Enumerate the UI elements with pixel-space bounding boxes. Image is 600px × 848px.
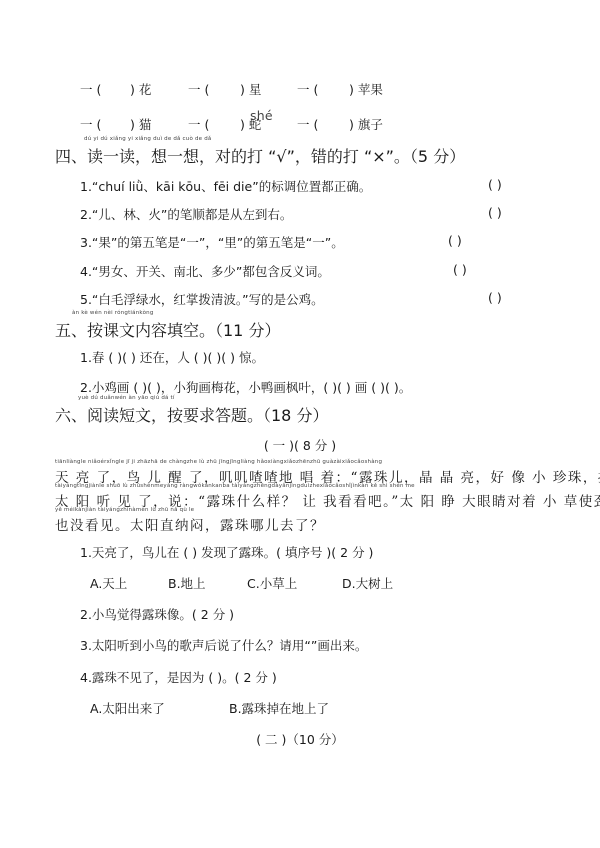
question-3: 3.太阳听到小鸟的歌声后说了什么？请用“”画出来。 <box>80 636 367 654</box>
section-5-title: 五、按课文内容填空。（11 分） <box>55 318 280 341</box>
mw-prefix: 一 ( <box>297 115 318 133</box>
option-b[interactable]: B.地上 <box>168 574 206 592</box>
s4-item-2: 2.“儿、林、火”的笔顺都是从左到右。 <box>80 205 292 223</box>
s4-answer-3[interactable]: ( ) <box>448 233 462 248</box>
passage-line-3: 也没看见。太阳直纳闷，露珠哪儿去了？ <box>55 514 325 534</box>
mw-suffix: ) 旗子 <box>349 115 383 133</box>
section-4-title: 四、读一读，想一想，对的打 “√”，错的打 “×”。（5 分） <box>55 144 465 167</box>
question-4: 4.露珠不见了，是因为 ( )。( 2 分 ) <box>80 668 277 686</box>
part-1-title: ( 一 )( 8 分 ) <box>0 436 600 454</box>
s4-item-5: 5.“白毛浮绿水，红掌拨清波。”写的是公鸡。 <box>80 290 324 308</box>
option-a[interactable]: A.太阳出来了 <box>90 699 165 717</box>
mw-suffix: ) 蛇 <box>240 115 261 133</box>
s4-item-4: 4.“男女、开关、南北、多少”都包含反义词。 <box>80 262 330 280</box>
mw-prefix: 一 ( <box>188 80 209 98</box>
mw-suffix: ) 猫 <box>130 115 151 133</box>
question-1: 1.天亮了，鸟儿在 ( ) 发现了露珠。( 填序号 )( 2 分 ) <box>80 543 373 561</box>
option-d[interactable]: D.大树上 <box>342 574 393 592</box>
mw-suffix: ) 星 <box>240 80 261 98</box>
passage-pinyin-1: tiānliàngle niǎoérxǐngle jī ji zhāzhā de… <box>55 459 382 465</box>
s4-answer-2[interactable]: ( ) <box>488 205 502 220</box>
option-c[interactable]: C.小草上 <box>247 574 297 592</box>
passage-pinyin-3: yě méikànjiàn tàiyángzhínàmèn lù zhū nǎ … <box>55 507 194 513</box>
mw-prefix: 一 ( <box>188 115 209 133</box>
s4-answer-5[interactable]: ( ) <box>488 290 502 305</box>
option-b[interactable]: B.露珠掉在地上了 <box>229 699 329 717</box>
s4-item-1: 1.“chuí liǜ、kāi kōu、fēi die”的标调位置都正确。 <box>80 177 371 195</box>
section-6-pinyin: yuè dú duǎnwén àn yāo qiú dá tí <box>78 395 175 401</box>
section-4-pinyin: dú yi dú xiǎng yi xiǎng duì de dǎ cuò de… <box>84 136 211 142</box>
mw-prefix: 一 ( <box>80 80 101 98</box>
mw-suffix: ) 苹果 <box>349 80 383 98</box>
s5-item-1: 1.春 ( )( ) 还在，人 ( )( )( ) 惊。 <box>80 348 264 366</box>
s4-answer-1[interactable]: ( ) <box>488 177 502 192</box>
mw-suffix: ) 花 <box>130 80 151 98</box>
mw-prefix: 一 ( <box>80 115 101 133</box>
option-a[interactable]: A.天上 <box>90 574 127 592</box>
s5-item-2: 2.小鸡画 ( )( )，小狗画梅花，小鸭画枫叶，( )( ) 画 ( )( )… <box>80 378 411 396</box>
s4-item-3: 3.“果”的第五笔是“一”，“里”的第五笔是“一”。 <box>80 233 344 251</box>
section-5-pinyin: àn kè wén nèi róngtiánkòng <box>72 310 154 316</box>
s4-answer-4[interactable]: ( ) <box>453 262 467 277</box>
question-2: 2.小鸟觉得露珠像。( 2 分 ) <box>80 605 234 623</box>
passage-pinyin-2: tàiyángtīngjiànle shuō lù zhūshénmeyàng … <box>55 483 415 489</box>
section-6-title: 六、阅读短文，按要求答题。（18 分） <box>55 403 328 426</box>
mw-prefix: 一 ( <box>297 80 318 98</box>
part-2-title: ( 二 )（10 分） <box>0 730 600 748</box>
